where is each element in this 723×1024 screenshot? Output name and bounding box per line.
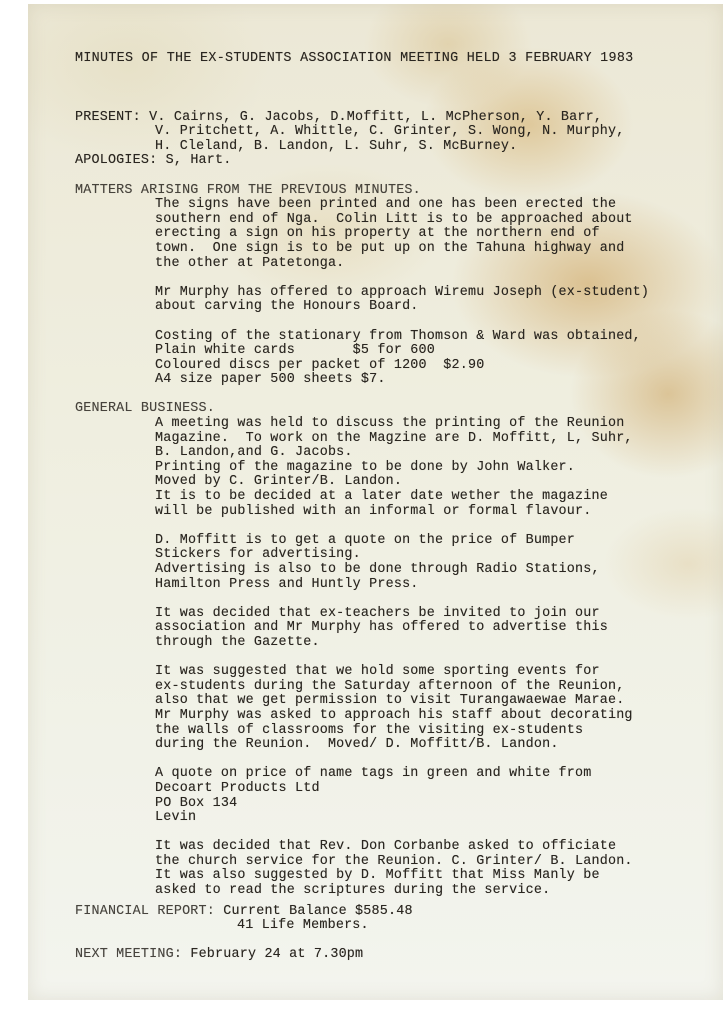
text-line: It was decided that ex-teachers be invit… (75, 607, 715, 622)
text-line: town. One sign is to be put up on the Ta… (75, 242, 715, 257)
next-meeting-section: NEXT MEETING: February 24 at 7.30pm (75, 948, 715, 963)
text-line: Levin (75, 811, 715, 826)
text-line: A quote on price of name tags in green a… (75, 767, 715, 782)
text-line: The signs have been printed and one has … (75, 198, 715, 213)
text-line: Decoart Products Ltd (75, 782, 715, 797)
text-line: Stickers for advertising. (75, 548, 715, 563)
paragraph: Mr Murphy has offered to approach Wiremu… (75, 286, 715, 315)
minutes-document: MINUTES OF THE EX-STUDENTS ASSOCIATION M… (75, 52, 715, 963)
text-line: Advertising is also to be done through R… (75, 563, 715, 578)
text-line: Mr Murphy was asked to approach his staf… (75, 709, 715, 724)
next-meeting-label: NEXT MEETING: (75, 947, 182, 962)
text-line: Hamilton Press and Huntly Press. (75, 578, 715, 593)
text-line: about carving the Honours Board. (75, 300, 715, 315)
apologies-text: S, Hart. (166, 153, 232, 168)
text-line: through the Gazette. (75, 636, 715, 651)
text-line: It was suggested that we hold some sport… (75, 665, 715, 680)
text-line: also that we get permission to visit Tur… (75, 694, 715, 709)
text-line: B. Landon,and G. Jacobs. (75, 446, 715, 461)
text-line: Magazine. To work on the Magzine are D. … (75, 432, 715, 447)
present-line: H. Cleland, B. Landon, L. Suhr, S. McBur… (75, 140, 715, 155)
text-line: It was also suggested by D. Moffitt that… (75, 869, 715, 884)
text-line: PO Box 134 (75, 797, 715, 812)
paragraph: The signs have been printed and one has … (75, 198, 715, 271)
text-line: Costing of the stationary from Thomson &… (75, 330, 715, 345)
paragraph: It was decided that Rev. Don Corbanbe as… (75, 840, 715, 898)
next-meeting-date: February 24 at 7.30pm (190, 947, 363, 962)
paragraph: Costing of the stationary from Thomson &… (75, 330, 715, 388)
present-section: PRESENT: V. Cairns, G. Jacobs, D.Moffitt… (75, 111, 715, 155)
text-line: It was decided that Rev. Don Corbanbe as… (75, 840, 715, 855)
text-line: ex-students during the Saturday afternoo… (75, 680, 715, 695)
text-line: Printing of the magazine to be done by J… (75, 461, 715, 476)
general-business-section: GENERAL BUSINESS. A meeting was held to … (75, 402, 715, 898)
present-line: V. Cairns, G. Jacobs, D.Moffitt, L. McPh… (149, 110, 602, 125)
apologies-section: APOLOGIES: S, Hart. (75, 154, 715, 169)
apologies-label: APOLOGIES: (75, 153, 157, 168)
life-members: 41 Life Members. (75, 919, 715, 934)
present-label: PRESENT: (75, 110, 141, 125)
document-title: MINUTES OF THE EX-STUDENTS ASSOCIATION M… (75, 52, 715, 67)
text-line: association and Mr Murphy has offered to… (75, 621, 715, 636)
text-line: erecting a sign on his property at the n… (75, 227, 715, 242)
text-line: southern end of Nga. Colin Litt is to be… (75, 213, 715, 228)
paragraph: It was suggested that we hold some sport… (75, 665, 715, 753)
text-line: during the Reunion. Moved/ D. Moffitt/B.… (75, 738, 715, 753)
text-line: the walls of classrooms for the visiting… (75, 724, 715, 739)
paragraph: A quote on price of name tags in green a… (75, 767, 715, 825)
text-line: the church service for the Reunion. C. G… (75, 855, 715, 870)
text-line: A4 size paper 500 sheets $7. (75, 373, 715, 388)
text-line: Plain white cards $5 for 600 (75, 344, 715, 359)
text-line: the other at Patetonga. (75, 257, 715, 272)
present-line: V. Pritchett, A. Whittle, C. Grinter, S.… (75, 125, 715, 140)
paragraph: It was decided that ex-teachers be invit… (75, 607, 715, 651)
text-line: Moved by C. Grinter/B. Landon. (75, 475, 715, 490)
matters-arising-heading: MATTERS ARISING FROM THE PREVIOUS MINUTE… (75, 184, 715, 199)
paragraph: A meeting was held to discuss the printi… (75, 417, 715, 519)
text-line: Mr Murphy has offered to approach Wiremu… (75, 286, 715, 301)
financial-report-section: FINANCIAL REPORT: Current Balance $585.4… (75, 905, 715, 934)
general-business-heading: GENERAL BUSINESS. (75, 402, 715, 417)
financial-report-label: FINANCIAL REPORT: (75, 904, 215, 919)
text-line: It is to be decided at a later date weth… (75, 490, 715, 505)
paragraph: D. Moffitt is to get a quote on the pric… (75, 534, 715, 592)
text-line: D. Moffitt is to get a quote on the pric… (75, 534, 715, 549)
matters-arising-section: MATTERS ARISING FROM THE PREVIOUS MINUTE… (75, 184, 715, 388)
text-line: asked to read the scriptures during the … (75, 884, 715, 899)
text-line: will be published with an informal or fo… (75, 505, 715, 520)
financial-balance: Current Balance $585.48 (223, 904, 412, 919)
text-line: Coloured discs per packet of 1200 $2.90 (75, 359, 715, 374)
text-line: A meeting was held to discuss the printi… (75, 417, 715, 432)
